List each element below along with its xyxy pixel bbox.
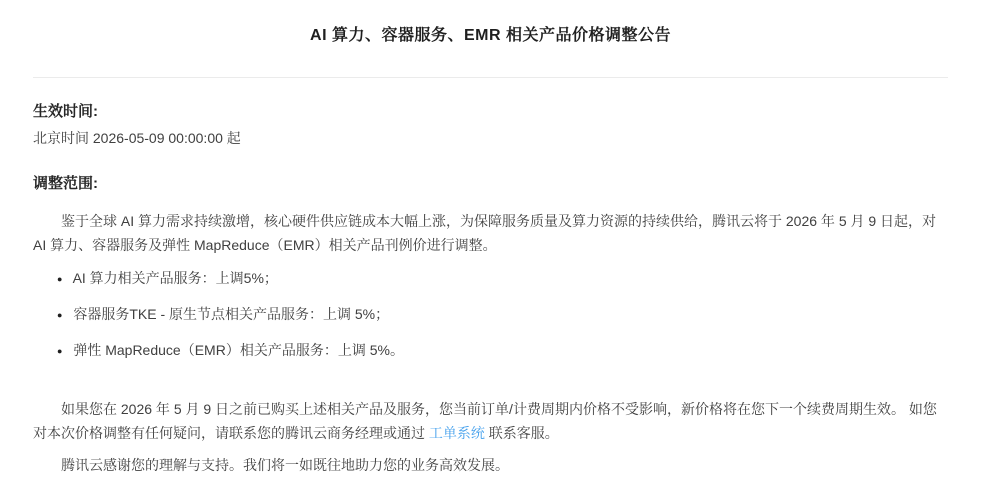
scope-section: 调整范围: 鉴于全球 AI 算力需求持续激增，核心硬件供应链成本大幅上涨，为保障…: [33, 174, 948, 363]
notice-paragraph: 如果您在 2026 年 5 月 9 日之前已购买上述相关产品及服务，您当前订单/…: [33, 397, 948, 445]
effective-time-section: 生效时间: 北京时间 2026-05-09 00:00:00 起: [33, 102, 948, 148]
scope-list: ● AI 算力相关产品服务：上调5%； ● 容器服务TKE - 原生节点相关产品…: [33, 266, 948, 363]
announcement-page: AI 算力、容器服务、EMR 相关产品价格调整公告 生效时间: 北京时间 202…: [0, 0, 981, 495]
list-item-text: 弹性 MapReduce（EMR）相关产品服务：上调 5%。: [73, 342, 404, 358]
list-item: ● AI 算力相关产品服务：上调5%；: [57, 266, 948, 291]
bullet-icon: ●: [57, 310, 62, 320]
list-item: ● 容器服务TKE - 原生节点相关产品服务：上调 5%；: [57, 302, 948, 327]
list-item-text: AI 算力相关产品服务：上调5%；: [73, 270, 278, 286]
list-item: ● 弹性 MapReduce（EMR）相关产品服务：上调 5%。: [57, 338, 948, 363]
scope-intro-paragraph: 鉴于全球 AI 算力需求持续激增，核心硬件供应链成本大幅上涨，为保障服务质量及算…: [33, 209, 948, 257]
notice-text-after: 联系客服。: [485, 425, 559, 441]
bullet-icon: ●: [57, 346, 62, 356]
effective-time-heading: 生效时间:: [33, 102, 948, 122]
notice-section: 如果您在 2026 年 5 月 9 日之前已购买上述相关产品及服务，您当前订单/…: [33, 397, 948, 477]
page-title: AI 算力、容器服务、EMR 相关产品价格调整公告: [33, 24, 948, 48]
ticket-system-link[interactable]: 工单系统: [429, 425, 485, 441]
scope-heading: 调整范围:: [33, 174, 948, 194]
list-item-text: 容器服务TKE - 原生节点相关产品服务：上调 5%；: [73, 306, 389, 322]
bullet-icon: ●: [57, 274, 62, 284]
effective-time-value: 北京时间 2026-05-09 00:00:00 起: [33, 128, 948, 148]
title-divider: [33, 77, 948, 78]
thanks-paragraph: 腾讯云感谢您的理解与支持。我们将一如既往地助力您的业务高效发展。: [33, 453, 948, 477]
